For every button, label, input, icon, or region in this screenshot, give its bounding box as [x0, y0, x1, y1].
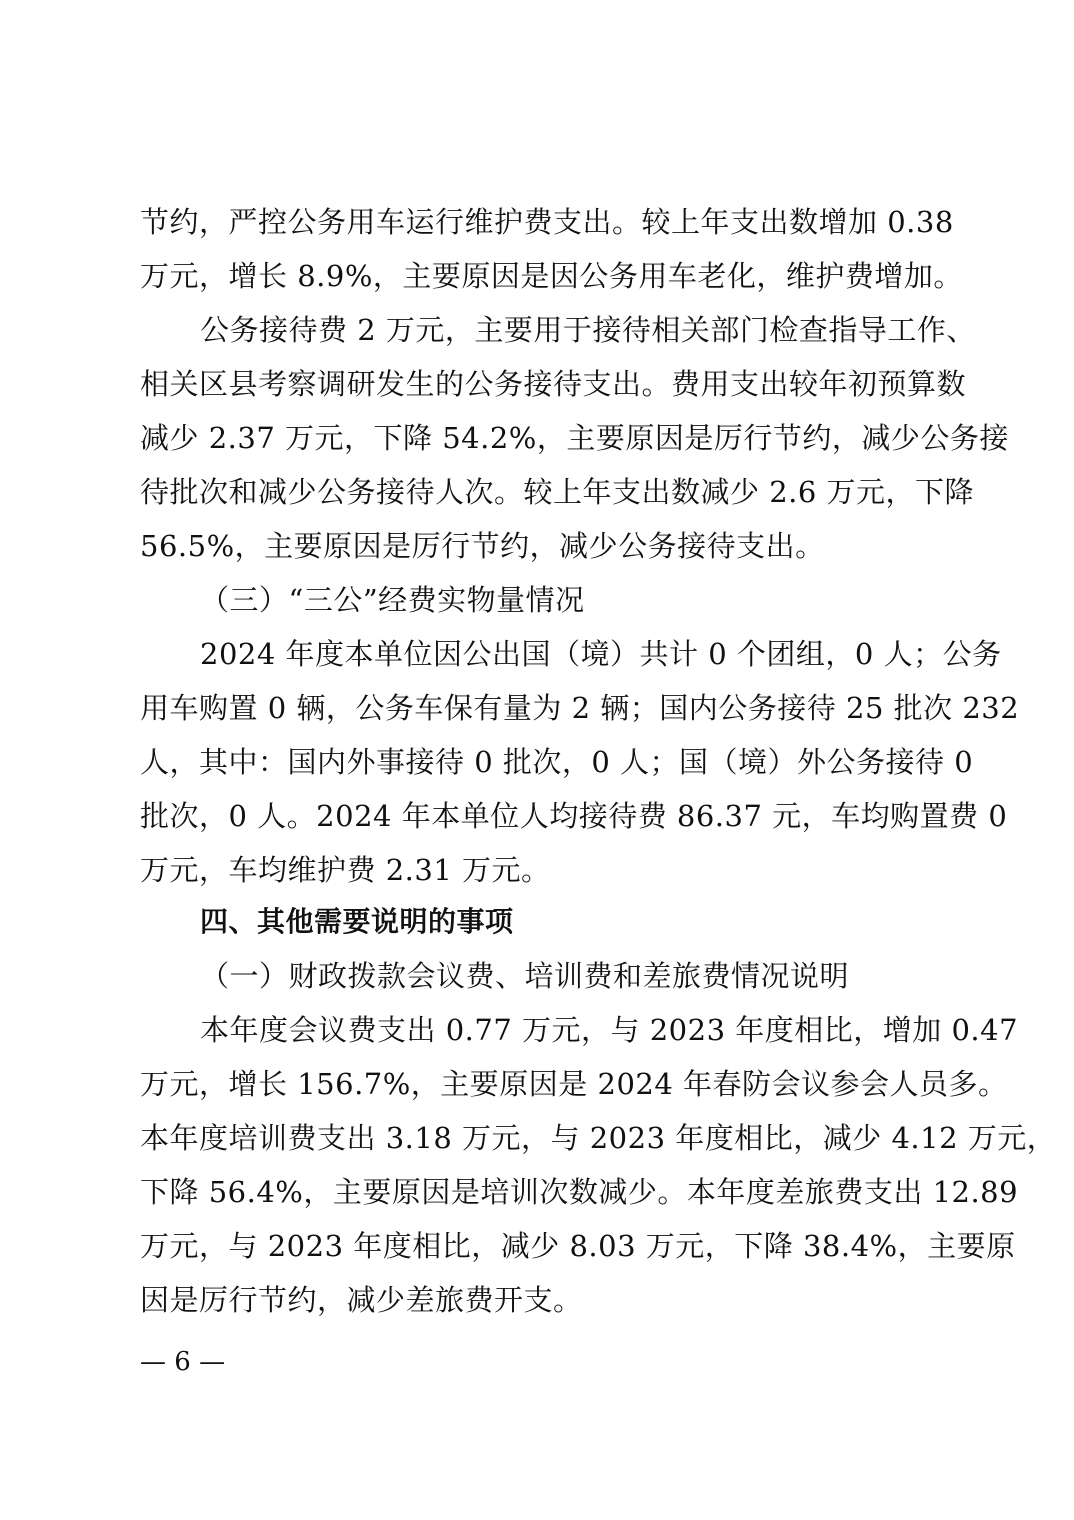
paragraph-line: 减少 2.37 万元，下降 54.2%，主要原因是厉行节约，减少公务接 [140, 418, 938, 458]
section-heading-other-matters: 四、其他需要说明的事项 [200, 902, 938, 942]
paragraph-line: 2024 年度本单位因公出国（境）共计 0 个团组，0 人；公务 [200, 634, 938, 674]
paragraph-line: 批次，0 人。2024 年本单位人均接待费 86.37 元，车均购置费 0 [140, 796, 938, 836]
paragraph-line: 节约，严控公务用车运行维护费支出。较上年支出数增加 0.38 [140, 202, 938, 242]
page-number: — 6 — [140, 1342, 225, 1382]
paragraph-line: 用车购置 0 辆，公务车保有量为 2 辆；国内公务接待 25 批次 232 [140, 688, 938, 728]
subheading-meeting-training-travel: （一）财政拨款会议费、培训费和差旅费情况说明 [200, 956, 938, 996]
paragraph-line: 万元，增长 8.9%，主要原因是因公务用车老化，维护费增加。 [140, 256, 938, 296]
document-page: 节约，严控公务用车运行维护费支出。较上年支出数增加 0.38 万元，增长 8.9… [0, 0, 1074, 1520]
paragraph-line: 待批次和减少公务接待人次。较上年支出数减少 2.6 万元，下降 [140, 472, 938, 512]
paragraph-line: 人，其中：国内外事接待 0 批次，0 人；国（境）外公务接待 0 [140, 742, 938, 782]
paragraph-line: 万元，与 2023 年度相比，减少 8.03 万元，下降 38.4%，主要原 [140, 1226, 938, 1266]
paragraph-line: 公务接待费 2 万元，主要用于接待相关部门检查指导工作、 [200, 310, 938, 350]
paragraph-line: 56.5%，主要原因是厉行节约，减少公务接待支出。 [140, 526, 938, 566]
paragraph-line: 相关区县考察调研发生的公务接待支出。费用支出较年初预算数 [140, 364, 938, 404]
paragraph-line: 本年度培训费支出 3.18 万元，与 2023 年度相比，减少 4.12 万元， [140, 1118, 938, 1158]
subheading-three-public-expenses: （三）“三公”经费实物量情况 [200, 580, 938, 620]
paragraph-line: 本年度会议费支出 0.77 万元，与 2023 年度相比，增加 0.47 [200, 1010, 938, 1050]
paragraph-line: 因是厉行节约，减少差旅费开支。 [140, 1280, 938, 1320]
paragraph-line: 万元，车均维护费 2.31 万元。 [140, 850, 938, 890]
paragraph-line: 下降 56.4%，主要原因是培训次数减少。本年度差旅费支出 12.89 [140, 1172, 938, 1212]
paragraph-line: 万元，增长 156.7%，主要原因是 2024 年春防会议参会人员多。 [140, 1064, 938, 1104]
